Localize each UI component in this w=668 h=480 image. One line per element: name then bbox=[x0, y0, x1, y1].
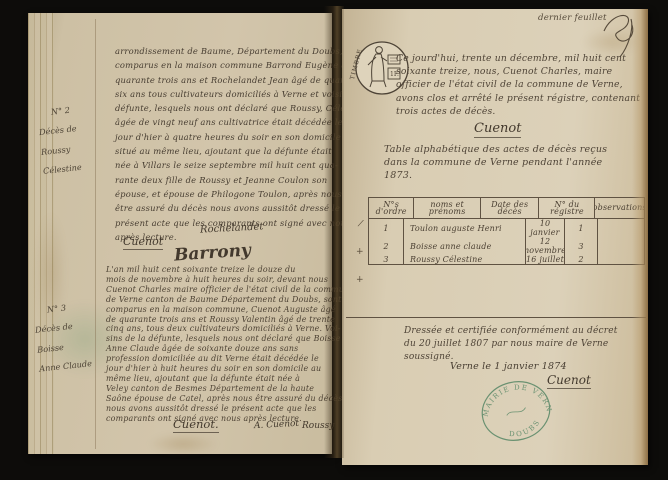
tally-mark-icon: ∕ bbox=[358, 219, 364, 229]
text-line: Saône épouse de Catel, après nous être a… bbox=[106, 394, 338, 404]
text-line: Décès de bbox=[35, 320, 89, 336]
table-header-cell: N°s d'ordre bbox=[369, 198, 414, 218]
text-line: rante deux fille de Roussy et Jeanne Cou… bbox=[115, 173, 337, 187]
text-line: L'an mil huit cent soixante treize le do… bbox=[106, 265, 338, 275]
book-gutter-shadow bbox=[324, 6, 344, 458]
text-line: Cuenot Charles maire officier de l'état … bbox=[106, 285, 338, 295]
text-line: Anne Claude âgée de soixante douze ans s… bbox=[106, 344, 338, 354]
death-act-3-text: L'an mil huit cent soixante treize le do… bbox=[106, 265, 338, 424]
table-row: 2 Boisse anne claude 12 novembre 3 bbox=[369, 237, 644, 255]
tally-mark-icon: + bbox=[356, 275, 364, 285]
corner-note: dernier feuillet bbox=[538, 13, 607, 23]
margin-note-number: N° 3 bbox=[46, 301, 86, 316]
text-line: dans la commune de Verne pendant l'année bbox=[384, 156, 640, 169]
margin-note-act-2: N° 2 Décès deRoussyCélestine bbox=[36, 96, 83, 185]
signature-cuenot: Cuenot bbox=[123, 235, 163, 250]
signature-a-cuenot: A. Cuenot bbox=[254, 419, 300, 431]
table-row: 1 Toulon auguste Henri 10 janvier 1 bbox=[369, 219, 644, 237]
text-line: six ans tous cultivateurs domiciliés à V… bbox=[115, 87, 337, 101]
table-row: 3 Roussy Célestine 16 juillet 2 bbox=[369, 255, 644, 264]
cell-observations bbox=[598, 255, 644, 264]
text-line: jour d'hier à quatre heures du soir en s… bbox=[115, 130, 337, 144]
table-header-cell: observations bbox=[595, 198, 644, 218]
text-line: même lieu, ajoutant que la défunte était… bbox=[106, 374, 338, 384]
text-line: Dressée et certifiée conformément au déc… bbox=[404, 325, 644, 338]
margin-note-lines: Décès deBoisseAnne Claude bbox=[35, 320, 93, 375]
table-header-row: N°s d'ordrenoms et prénomsDate des décès… bbox=[369, 198, 644, 219]
right-page: dernier feuillet 1F. TIMBRE Ce jourd'hui… bbox=[342, 9, 648, 465]
cell-name: Roussy Célestine bbox=[404, 255, 526, 264]
margin-rule bbox=[95, 19, 96, 449]
cell-order: 3 bbox=[369, 255, 404, 264]
cell-observations bbox=[598, 237, 644, 255]
text-line: trois actes de décès. bbox=[396, 105, 642, 118]
death-act-2-text: arrondissement de Baume, Département du … bbox=[115, 44, 337, 244]
text-line: profession domiciliée au dit Verne était… bbox=[106, 354, 338, 364]
text-line: âgée de vingt neuf ans cultivatrice étai… bbox=[115, 115, 337, 129]
place-date: Verne le 1 janvier 1874 bbox=[450, 361, 567, 372]
text-line: épouse, et épouse de Philogone Toulon, a… bbox=[115, 187, 337, 201]
cell-date: 12 novembre bbox=[526, 237, 565, 255]
scanned-register-photo: N° 2 Décès deRoussyCélestine N° 3 Décès … bbox=[0, 0, 668, 480]
alphabetical-table-title: Table alphabétique des actes de décès re… bbox=[384, 143, 640, 183]
cell-register: 3 bbox=[565, 237, 598, 255]
signature-barrony: Barrony bbox=[173, 240, 251, 265]
text-line: de Verne canton de Baume Département du … bbox=[106, 295, 338, 305]
text-line: Décès de bbox=[39, 123, 79, 138]
tally-mark-icon: + bbox=[356, 247, 364, 257]
signature-cuenot: Cuenot bbox=[474, 121, 521, 138]
mayor-signature: Cuenot bbox=[547, 373, 591, 389]
text-line: quarante trois ans et Rochelandet Jean â… bbox=[115, 73, 337, 87]
text-line: comparus en la maison commune Barrond Eu… bbox=[115, 58, 337, 72]
text-line: être assuré du décès nous avons aussitôt… bbox=[115, 201, 337, 215]
table-body: 1 Toulon auguste Henri 10 janvier 1 2 Bo… bbox=[369, 219, 644, 264]
text-line: Table alphabétique des actes de décès re… bbox=[384, 143, 640, 156]
closing-statement: Ce jourd'hui, trente un décembre, mil hu… bbox=[396, 52, 642, 118]
left-page: N° 2 Décès deRoussyCélestine N° 3 Décès … bbox=[28, 13, 332, 454]
text-line: née à Villars le seize septembre mil hui… bbox=[115, 158, 337, 172]
cell-name: Boisse anne claude bbox=[404, 237, 526, 255]
text-line: nous avons aussitôt dressé le présent ac… bbox=[106, 404, 338, 414]
text-line: cinq ans, tous deux cultivateurs domicil… bbox=[106, 324, 338, 334]
text-line: Anne Claude bbox=[39, 358, 93, 374]
cell-date: 10 janvier bbox=[526, 219, 565, 237]
text-line: défunte, lesquels nous ont déclaré que R… bbox=[115, 101, 337, 115]
cell-register: 1 bbox=[565, 219, 598, 237]
text-line: Roussy bbox=[41, 143, 81, 158]
text-line: sins de la défunte, lesquels nous ont dé… bbox=[106, 334, 338, 344]
cell-date: 16 juillet bbox=[526, 255, 565, 264]
cell-observations bbox=[598, 219, 644, 237]
margin-note-act-3: N° 3 Décès deBoisseAnne Claude bbox=[32, 292, 94, 382]
table-header-cell: noms et prénoms bbox=[414, 198, 481, 218]
cell-name: Toulon auguste Henri bbox=[404, 219, 526, 237]
cell-register: 2 bbox=[565, 255, 598, 264]
table-header-cell: Date des décès bbox=[481, 198, 540, 218]
age-stain bbox=[148, 433, 218, 455]
text-line: arrondissement de Baume, Département du … bbox=[115, 44, 337, 58]
signature-cuenot: Cuenot. bbox=[173, 417, 219, 433]
text-line: avons clos et arrêté le présent régistre… bbox=[396, 92, 642, 105]
text-line: comparus en la maison commune, Cuenot Au… bbox=[106, 305, 338, 315]
margin-note-number: N° 2 bbox=[50, 104, 76, 118]
text-line: Célestine bbox=[43, 162, 83, 177]
table-underline-rule bbox=[346, 317, 646, 318]
text-line: soixante treize, nous, Cuenot Charles, m… bbox=[396, 65, 642, 78]
text-line: officier de l'état civil de la commune d… bbox=[396, 78, 642, 91]
text-line: mois de novembre à huit heures du soir, … bbox=[106, 275, 338, 285]
mairie-stamp-icon: MAIRIE DE VERNE DOUBS bbox=[469, 368, 563, 453]
text-line: jour d'hier à huit heures du soir en son… bbox=[106, 364, 338, 374]
text-line: situé au même lieu, ajoutant que la défu… bbox=[115, 144, 337, 158]
text-line: 1873. bbox=[384, 169, 640, 182]
text-line: du 20 juillet 1807 par nous maire de Ver… bbox=[404, 338, 644, 351]
text-line: Boisse bbox=[37, 339, 91, 355]
certification-text: Dressée et certifiée conformément au déc… bbox=[404, 325, 644, 364]
svg-text:DOUBS: DOUBS bbox=[506, 416, 545, 440]
table-header-cell: N° du régistre bbox=[539, 198, 595, 218]
text-line: de quarante trois ans et Roussy Valentin… bbox=[106, 315, 338, 325]
text-line: Veley canton de Besmes Département de la… bbox=[106, 384, 338, 394]
cell-order: 1 bbox=[369, 219, 404, 237]
text-line: Ce jourd'hui, trente un décembre, mil hu… bbox=[396, 52, 642, 65]
cell-order: 2 bbox=[369, 237, 404, 255]
register-table: N°s d'ordrenoms et prénomsDate des décès… bbox=[368, 197, 645, 265]
margin-note-lines: Décès deRoussyCélestine bbox=[39, 123, 83, 176]
